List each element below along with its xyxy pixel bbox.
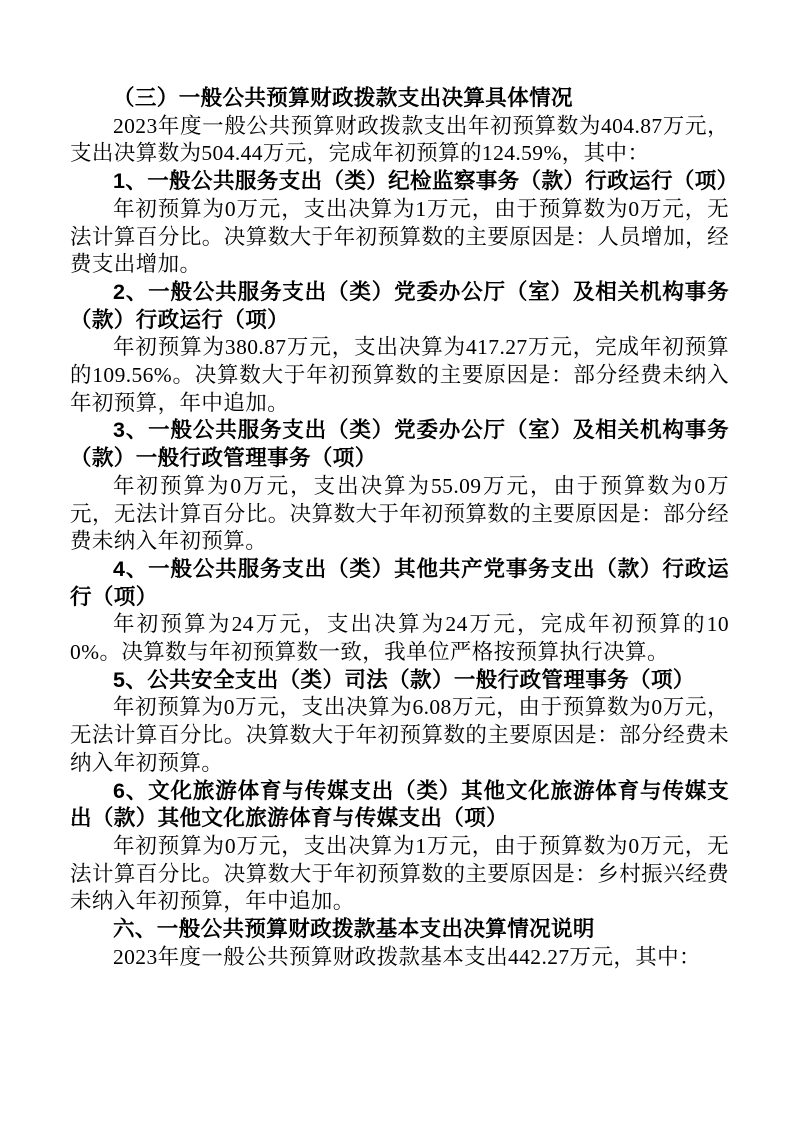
body-paragraph: 年初预算为0万元，支出决算为6.08万元，由于预算数为0万元，无法计算百分比。决… [70,694,729,777]
section-heading: 6、文化旅游体育与传媒支出（类）其他文化旅游体育与传媒支出（款）其他文化旅游体育… [70,778,729,833]
body-paragraph: 年初预算为0万元，支出决算为1万元，由于预算数为0万元，无法计算百分比。决算数大… [70,833,729,916]
section-heading: （三）一般公共预算财政拨款支出决算具体情况 [70,85,729,113]
section-heading: 5、公共安全支出（类）司法（款）一般行政管理事务（项） [70,667,729,695]
section-heading: 2、一般公共服务支出（类）党委办公厅（室）及相关机构事务（款）行政运行（项） [70,279,729,334]
body-paragraph: 2023年度一般公共预算财政拨款支出年初预算数为404.87万元，支出决算数为5… [70,113,729,168]
body-paragraph: 年初预算为24万元，支出决算为24万元，完成年初预算的100%。决算数与年初预算… [70,611,729,666]
body-paragraph: 年初预算为380.87万元，支出决算为417.27万元，完成年初预算的109.5… [70,334,729,417]
document-body: （三）一般公共预算财政拨款支出决算具体情况2023年度一般公共预算财政拨款支出年… [70,85,729,972]
section-heading: 六、一般公共预算财政拨款基本支出决算情况说明 [70,916,729,944]
body-paragraph: 2023年度一般公共预算财政拨款基本支出442.27万元，其中： [70,944,729,972]
body-paragraph: 年初预算为0万元，支出决算为55.09万元，由于预算数为0万元，无法计算百分比。… [70,473,729,556]
body-paragraph: 年初预算为0万元，支出决算为1万元，由于预算数为0万元，无法计算百分比。决算数大… [70,196,729,279]
section-heading: 4、一般公共服务支出（类）其他共产党事务支出（款）行政运行（项） [70,556,729,611]
section-heading: 1、一般公共服务支出（类）纪检监察事务（款）行政运行（项） [70,168,729,196]
document-page: （三）一般公共预算财政拨款支出决算具体情况2023年度一般公共预算财政拨款支出年… [0,0,793,1122]
section-heading: 3、一般公共服务支出（类）党委办公厅（室）及相关机构事务（款）一般行政管理事务（… [70,417,729,472]
